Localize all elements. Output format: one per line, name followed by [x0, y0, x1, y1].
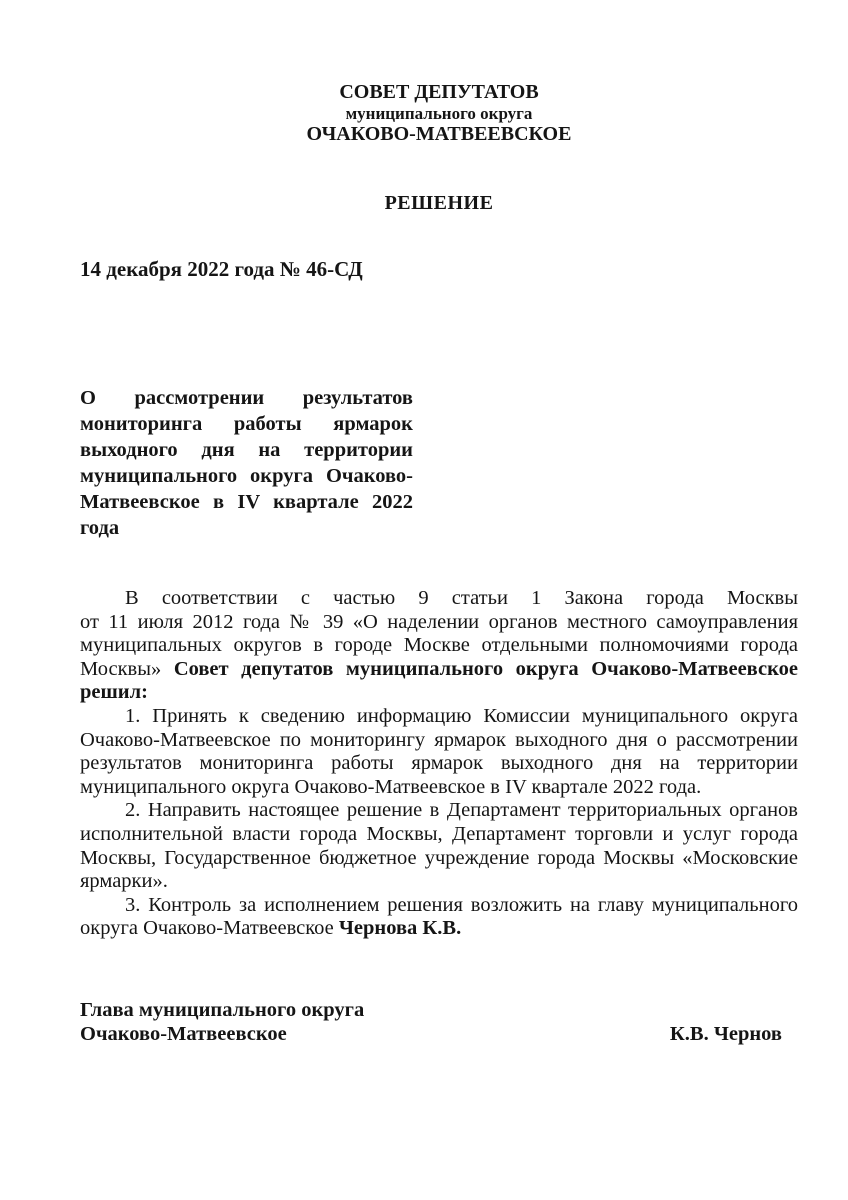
text-line: Москвы» Совет депутатов муниципального о… [80, 658, 798, 682]
signature-block: Глава муниципального округа Очаково-Матв… [80, 998, 798, 1058]
document-page: СОВЕТ ДЕПУТАТОВ муниципального округа ОЧ… [0, 0, 848, 1200]
text-line: ярмарки». [80, 870, 798, 894]
item-1-paragraph: 1. Принять к сведению информацию Комисси… [80, 705, 798, 799]
text-line: 1. Принять к сведению информацию Комисси… [80, 705, 798, 729]
text-line: 2. Направить настоящее решение в Департа… [80, 799, 798, 823]
text-line: от 11 июля 2012 года № 39 «О наделении о… [80, 611, 798, 635]
text-segment: от 11 июля 2012 года № 39 «О наделении о… [80, 611, 798, 633]
text-line: О рассмотрении результатов [80, 385, 413, 411]
org-header: СОВЕТ ДЕПУТАТОВ муниципального округа ОЧ… [80, 82, 798, 145]
bold-segment: Совет депутатов муниципального округа Оч… [174, 658, 798, 680]
item-3-paragraph: 3. Контроль за исполнением решения возло… [80, 894, 798, 941]
text-segment: Очаково-Матвеевское по мониторингу ярмар… [80, 729, 798, 751]
text-segment: муниципального округа Очаково-Матвеевско… [80, 776, 701, 798]
text-line: выходного дня на территории [80, 437, 413, 463]
text-segment: результатов мониторинга работы ярмарок в… [80, 752, 798, 774]
org-header-municipal: муниципального округа [80, 103, 798, 124]
text-segment: года [80, 517, 119, 539]
bold-segment: Чернова К.В. [339, 917, 461, 939]
text-segment: округа Очаково-Матвеевское [80, 917, 339, 939]
text-segment: Москвы» [80, 658, 174, 680]
text-line: года [80, 515, 413, 541]
text-line: муниципальных округов в городе Москве от… [80, 634, 798, 658]
text-segment: исполнительной власти города Москвы, Деп… [80, 823, 798, 845]
text-segment: В соответствии с частью 9 статьи 1 Закон… [125, 587, 798, 609]
text-line: 3. Контроль за исполнением решения возло… [80, 894, 798, 918]
text-segment: выходного дня на территории [80, 439, 413, 461]
org-header-council: СОВЕТ ДЕПУТАТОВ [80, 82, 798, 103]
org-header-district: ОЧАКОВО-МАТВЕЕВСКОЕ [80, 124, 798, 145]
text-line: муниципального округа Очаково-Матвеевско… [80, 776, 798, 800]
text-segment: мониторинга работы ярмарок [80, 413, 413, 435]
text-segment: муниципального округа Очаково- [80, 465, 413, 487]
text-segment: 3. Контроль за исполнением решения возло… [125, 894, 798, 916]
subject-block: О рассмотрении результатовмониторинга ра… [80, 385, 413, 541]
text-line: муниципального округа Очаково- [80, 463, 413, 489]
preamble-paragraph: В соответствии с частью 9 статьи 1 Закон… [80, 587, 798, 705]
text-line: Очаково-Матвеевское по мониторингу ярмар… [80, 729, 798, 753]
text-line: исполнительной власти города Москвы, Деп… [80, 823, 798, 847]
text-line: Матвеевское в IV квартале 2022 [80, 489, 413, 515]
signature-name: К.В. Чернов [670, 1022, 782, 1046]
text-line: Москвы, Государственное бюджетное учрежд… [80, 847, 798, 871]
text-line: мониторинга работы ярмарок [80, 411, 413, 437]
document-type-title: РЕШЕНИЕ [80, 191, 798, 215]
bold-segment: решил: [80, 681, 148, 703]
date-number-line: 14 декабря 2022 года № 46-СД [80, 257, 798, 281]
text-line: В соответствии с частью 9 статьи 1 Закон… [80, 587, 798, 611]
text-segment: О рассмотрении результатов [80, 387, 413, 409]
item-2-paragraph: 2. Направить настоящее решение в Департа… [80, 799, 798, 893]
text-line: решил: [80, 681, 798, 705]
text-segment: муниципальных округов в городе Москве от… [80, 634, 798, 656]
text-segment: ярмарки». [80, 870, 168, 892]
text-segment: Москвы, Государственное бюджетное учрежд… [80, 847, 798, 869]
text-segment: 1. Принять к сведению информацию Комисси… [125, 705, 798, 727]
body-text: В соответствии с частью 9 статьи 1 Закон… [80, 587, 798, 941]
text-segment: Матвеевское в IV квартале 2022 [80, 491, 413, 513]
text-segment: 2. Направить настоящее решение в Департа… [125, 799, 798, 821]
signature-position-line1: Глава муниципального округа [80, 998, 798, 1022]
text-line: округа Очаково-Матвеевское Чернова К.В. [80, 917, 798, 941]
text-line: результатов мониторинга работы ярмарок в… [80, 752, 798, 776]
